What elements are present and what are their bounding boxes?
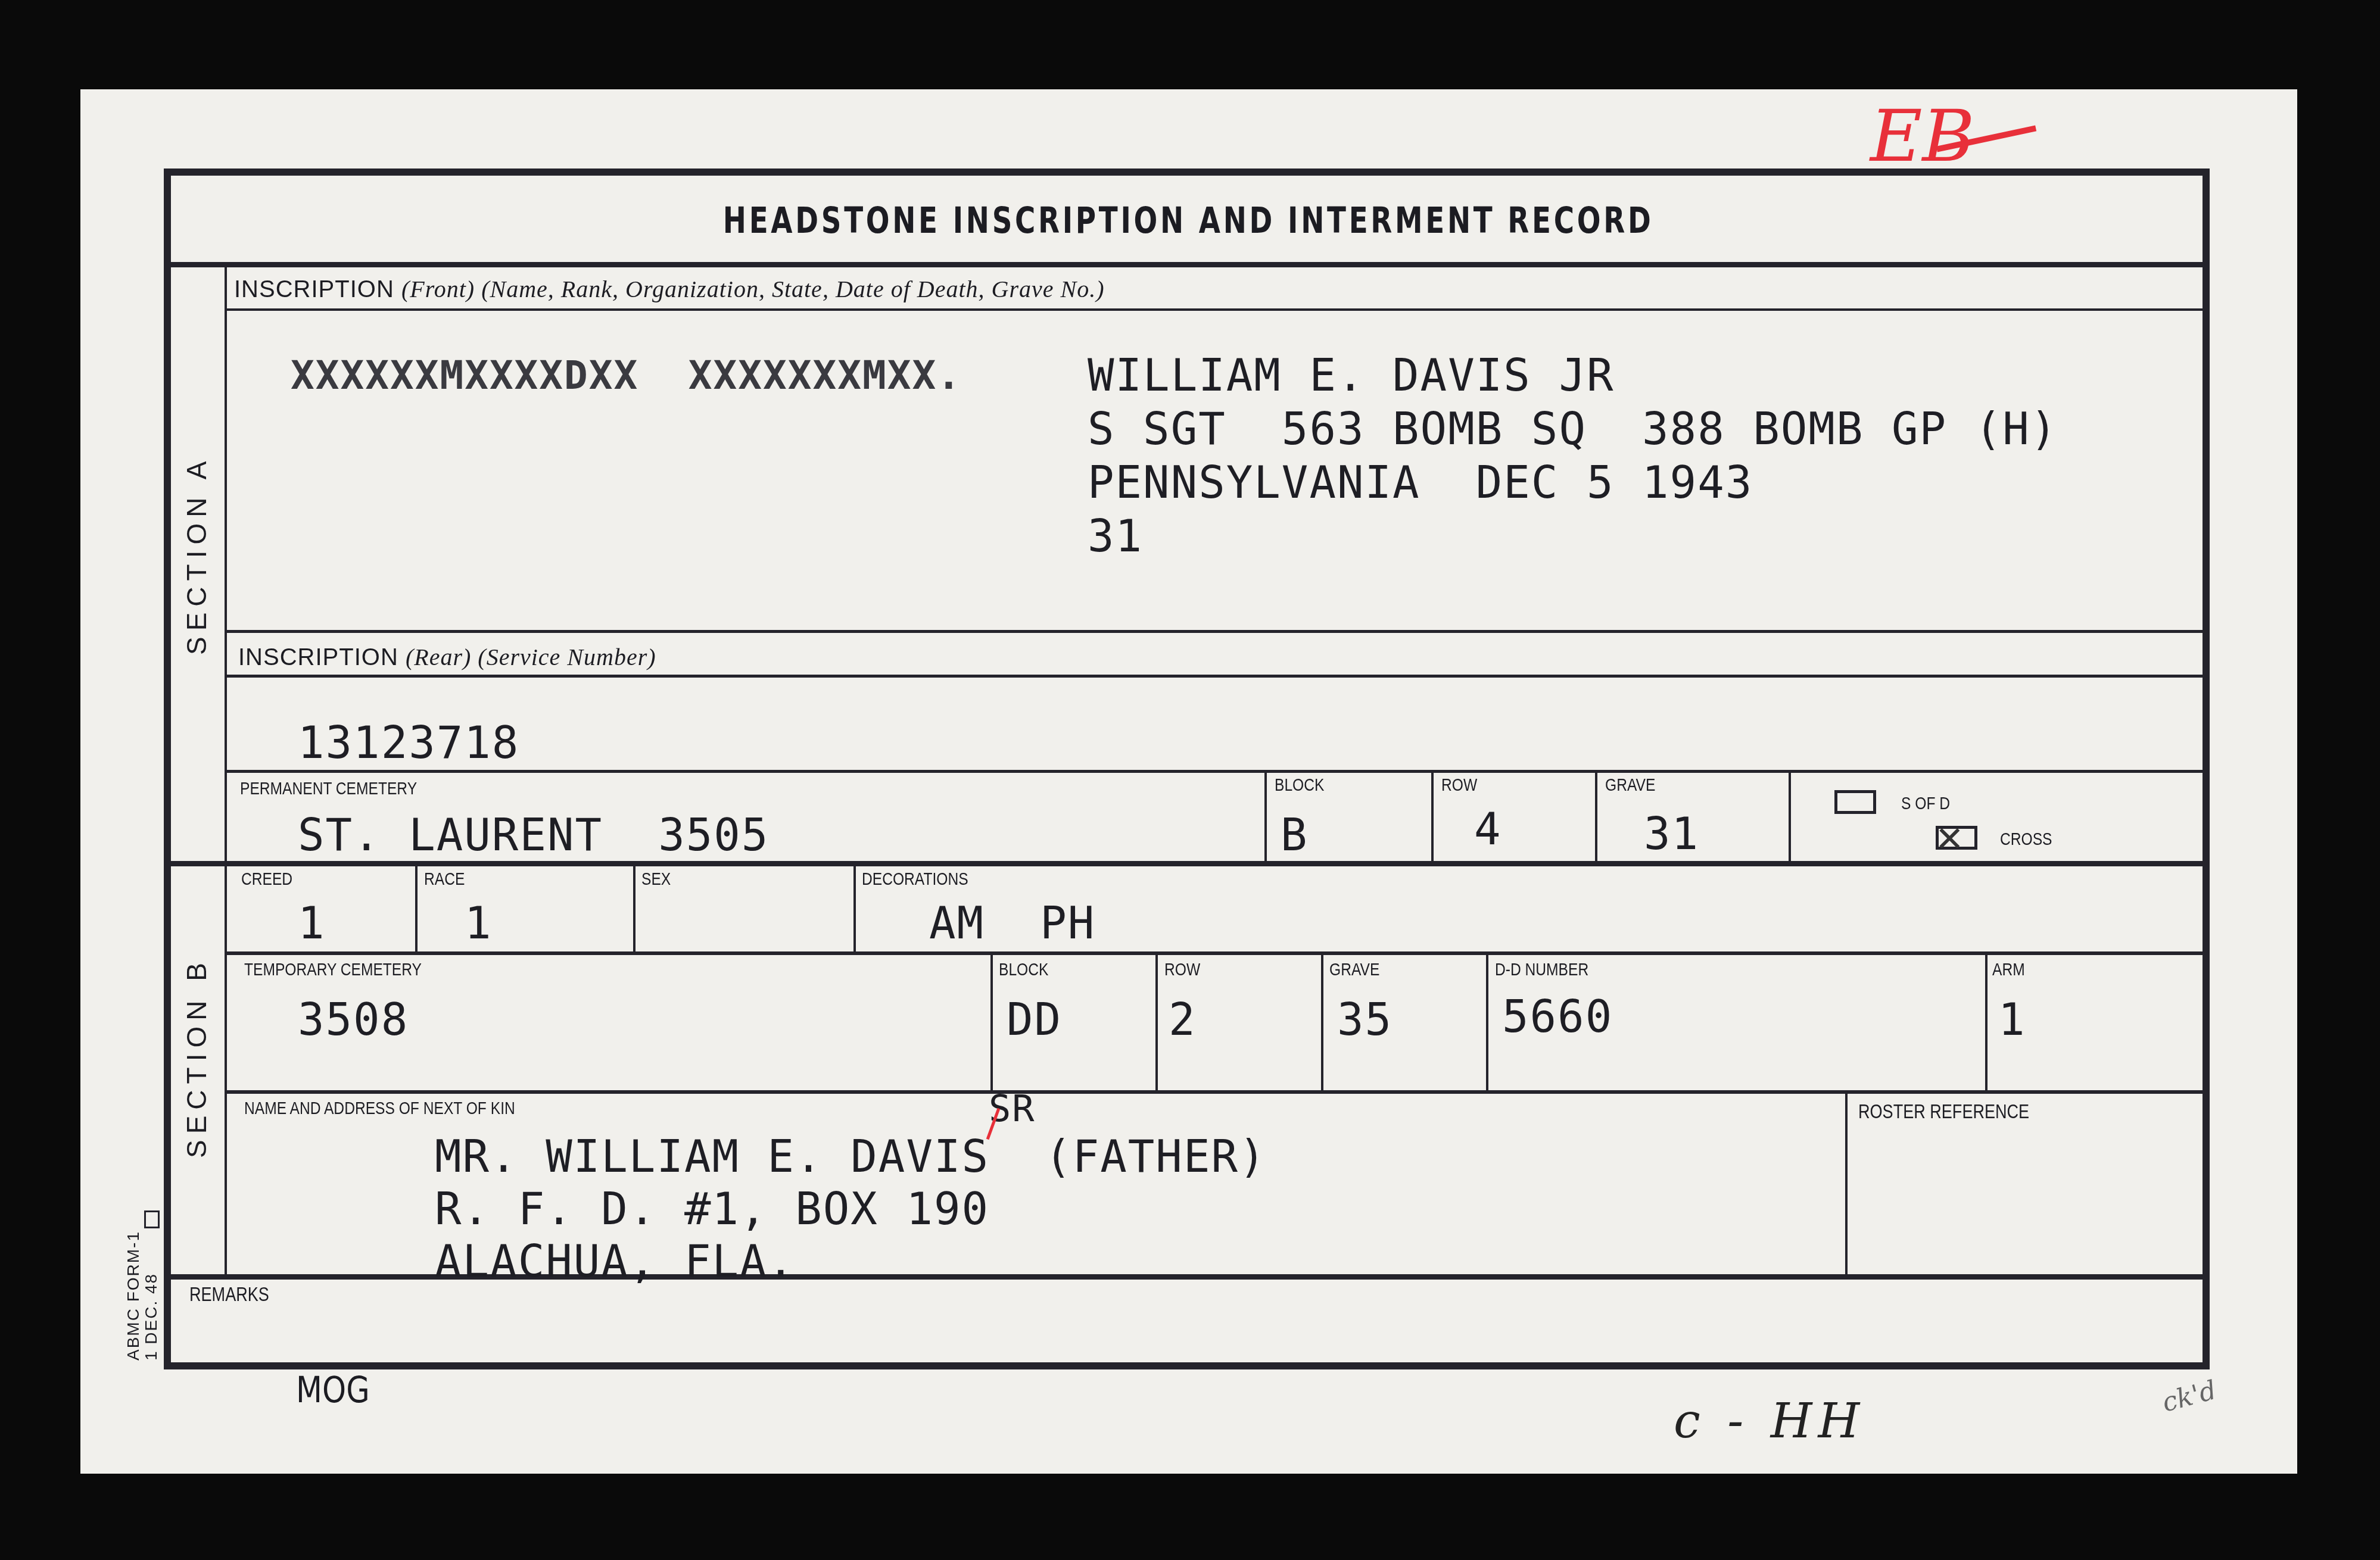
- divider: [226, 675, 2207, 678]
- inscription-grave-line: 31: [1088, 511, 1143, 562]
- divider: [1264, 773, 1267, 862]
- perm-row-label: ROW: [1441, 775, 1477, 795]
- temp-block-label: BLOCK: [999, 960, 1048, 980]
- section-a-label: SECTION A: [180, 455, 213, 655]
- temp-row-value: 2: [1169, 994, 1197, 1046]
- perm-block-value: B: [1281, 810, 1309, 861]
- inscription-name-line: WILLIAM E. DAVIS JR: [1088, 350, 1614, 401]
- next-of-kin-address-line1: R. F. D. #1, BOX 190: [435, 1184, 989, 1235]
- temp-block-value: DD: [1007, 994, 1062, 1046]
- divider: [990, 955, 993, 1091]
- inscription-rank-unit-line: S SGT 563 BOMB SQ 388 BOMB GP (H): [1088, 404, 2058, 455]
- section-b-label: SECTION B: [180, 957, 213, 1158]
- divider: [1155, 955, 1158, 1091]
- inscription-state-date-line: PENNSYLVANIA DEC 5 1943: [1088, 457, 1753, 508]
- service-number: 13123718: [298, 717, 519, 769]
- dd-number-label: D-D NUMBER: [1495, 960, 1588, 980]
- creed-value: 1: [298, 898, 326, 949]
- form-id-line2: 1 DEC. 48: [142, 1273, 161, 1361]
- permanent-cemetery-label: PERMANENT CEMETERY: [240, 779, 417, 799]
- section-divider: [167, 861, 2207, 866]
- s-of-d-label: S OF D: [1901, 794, 1950, 814]
- cross-checkbox[interactable]: ✕: [1936, 826, 1977, 850]
- perm-row-value: 4: [1474, 804, 1502, 855]
- inscription-front-label: INSCRIPTION (Front) (Name, Rank, Organiz…: [234, 275, 1104, 303]
- perm-grave-label: GRAVE: [1605, 775, 1655, 795]
- divider: [1595, 773, 1597, 862]
- sex-label: SEX: [641, 869, 671, 890]
- label-italic-text: (Rear) (Service Number): [406, 644, 656, 670]
- red-initials-annotation: EB: [1870, 95, 1975, 178]
- divider: [633, 866, 636, 953]
- temp-grave-label: GRAVE: [1329, 960, 1379, 980]
- form-id-checkbox[interactable]: [144, 1210, 160, 1228]
- temp-row-label: ROW: [1164, 960, 1200, 980]
- mog-stamp: MOG: [296, 1369, 370, 1411]
- divider: [853, 866, 856, 953]
- decorations-value: AM PH: [929, 898, 1095, 949]
- section-column-divider: [225, 267, 227, 1274]
- next-of-kin-address-line2: ALACHUA, FLA.: [435, 1236, 795, 1287]
- divider: [226, 630, 2207, 633]
- label-text: INSCRIPTION: [238, 644, 398, 670]
- temp-grave-value: 35: [1337, 994, 1393, 1046]
- cross-label: CROSS: [2000, 829, 2052, 850]
- remarks-label: REMARKS: [189, 1283, 269, 1306]
- perm-grave-value: 31: [1644, 809, 1699, 860]
- divider: [1321, 955, 1323, 1091]
- label-text: INSCRIPTION: [234, 276, 394, 302]
- divider: [1486, 955, 1488, 1091]
- divider: [1431, 773, 1434, 862]
- arm-value: 1: [1998, 994, 2026, 1046]
- divider: [1845, 1094, 1848, 1275]
- permanent-cemetery-value: ST. LAURENT 3505: [298, 810, 769, 861]
- x-mark-icon: ✕: [1935, 822, 1964, 856]
- inscription-rear-label: INSCRIPTION (Rear) (Service Number): [238, 643, 656, 671]
- perm-block-label: BLOCK: [1275, 775, 1324, 795]
- creed-label: CREED: [241, 869, 292, 890]
- label-italic-text: (Front) (Name, Rank, Organization, State…: [401, 276, 1105, 302]
- handwritten-code: c - HH: [1674, 1393, 1865, 1449]
- s-of-d-checkbox[interactable]: [1834, 790, 1876, 814]
- temporary-cemetery-value: 3508: [298, 994, 409, 1046]
- divider: [226, 951, 2207, 955]
- struck-out-text: XXXXXXMXXXXDXX XXXXXXXMXX.: [291, 352, 962, 398]
- next-of-kin-label: NAME AND ADDRESS OF NEXT OF KIN: [244, 1099, 515, 1119]
- divider: [1985, 955, 1988, 1091]
- divider: [1789, 773, 1791, 862]
- divider: [415, 866, 418, 953]
- race-label: RACE: [424, 869, 465, 890]
- form-id-line1: ABMC FORM-1: [124, 1231, 143, 1361]
- divider: [226, 308, 2207, 311]
- divider: [226, 1090, 2207, 1094]
- temporary-cemetery-label: TEMPORARY CEMETERY: [244, 960, 422, 980]
- sr-correction: SR: [989, 1087, 1036, 1130]
- next-of-kin-name: MR. WILLIAM E. DAVIS (FATHER): [435, 1131, 1267, 1183]
- arm-label: ARM: [1992, 960, 2025, 980]
- decorations-label: DECORATIONS: [862, 869, 968, 890]
- roster-reference-label: ROSTER REFERENCE: [1858, 1100, 2029, 1123]
- divider: [167, 262, 2207, 267]
- dd-number-value: 5660: [1502, 991, 1613, 1043]
- race-value: 1: [465, 898, 493, 949]
- divider: [226, 770, 2207, 773]
- form-title: HEADSTONE INSCRIPTION AND INTERMENT RECO…: [260, 200, 2117, 242]
